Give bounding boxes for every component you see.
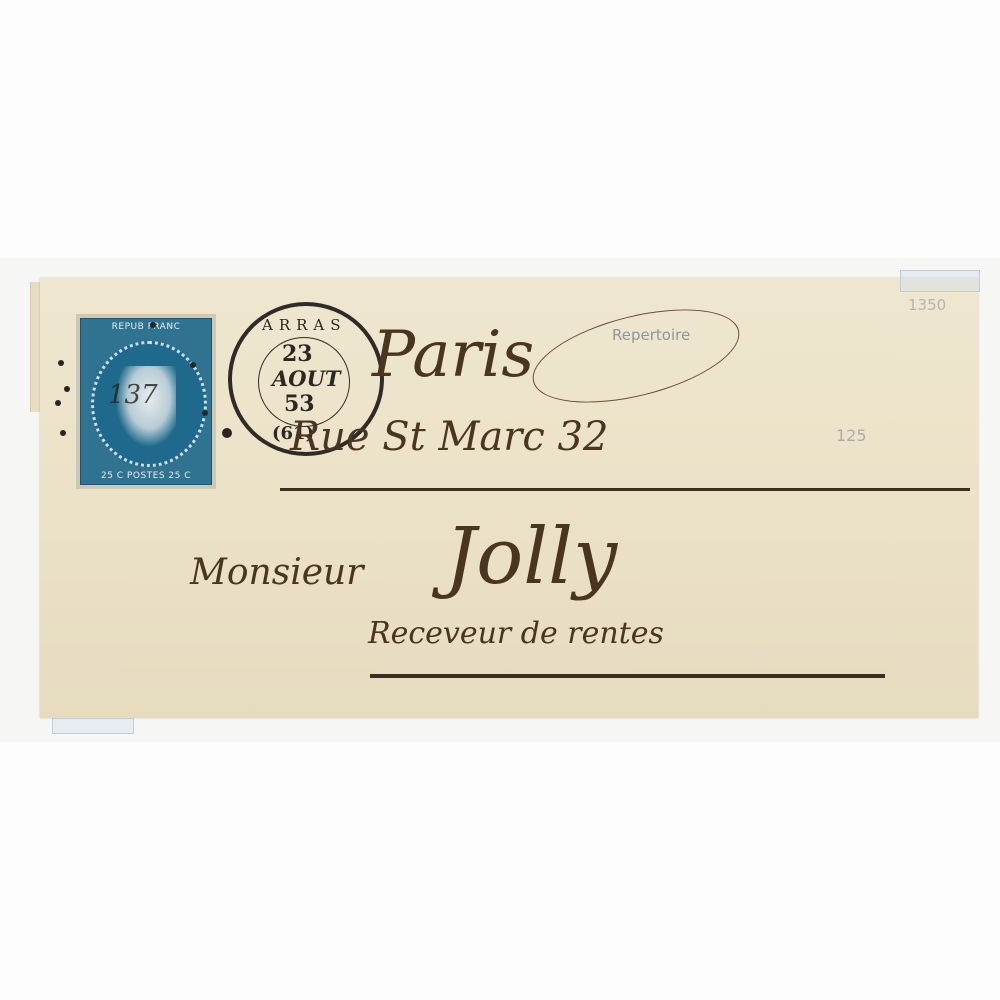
stamp-bottom-label: 25 C POSTES 25 C — [81, 471, 211, 481]
pencil-note-1350: 1350 — [908, 296, 946, 314]
address-underline-1 — [280, 488, 970, 491]
datestamp-day: 23 — [282, 341, 313, 367]
cancel-dot — [64, 386, 70, 392]
datestamp-town: ARRAS — [262, 316, 347, 334]
address-city: Paris — [372, 318, 534, 392]
stamp-top-label: REPUB FRANC — [81, 322, 211, 332]
cancel-dot — [190, 362, 196, 368]
address-name: Jolly — [445, 512, 617, 602]
pencil-note-repertoire: Repertoire — [612, 326, 690, 344]
address-title: Receveur de rentes — [368, 616, 664, 651]
cancel-dot — [58, 360, 64, 366]
cancel-dot — [222, 428, 232, 438]
cancel-dot — [202, 410, 208, 416]
cancel-dot — [60, 430, 66, 436]
cancel-dot — [150, 322, 156, 328]
mount-corner-bottom-left — [52, 718, 134, 734]
numeral-cancellation: 137 — [108, 380, 158, 410]
pencil-note-125: 125 — [836, 426, 867, 445]
address-street: Rue St Marc 32 — [290, 414, 608, 460]
datestamp-month: AOUT — [272, 366, 341, 391]
address-salutation: Monsieur — [190, 552, 363, 593]
cancel-dot — [55, 400, 61, 406]
address-underline-2 — [370, 674, 885, 678]
mount-corner-top-right — [900, 270, 980, 292]
